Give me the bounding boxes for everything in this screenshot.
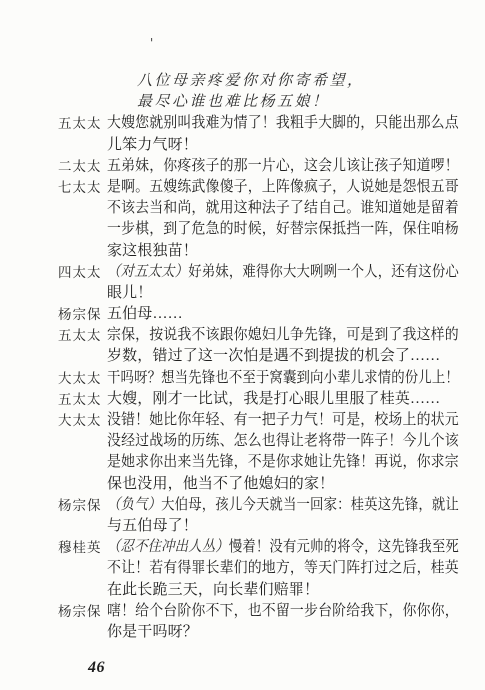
dialogue-line: （对五太太）好弟妹，难得你大大咧咧一个人，还有这份心 bbox=[107, 262, 421, 283]
dialogue: 大嫂您就别叫我难为情了！我粗手大脚的，只能出那么点儿笨力气呀！ bbox=[107, 113, 459, 155]
dialogue-line: 不让！若有得罪长辈们的地方，等天门阵打过之后，桂英 bbox=[107, 558, 434, 579]
speaker-name: 杨宗保 bbox=[58, 304, 107, 325]
dialogue-line: 五弟妹，你疼孩子的那一片心，这会儿该让孩子知道啰！ bbox=[107, 156, 434, 177]
dialogue-line: 保也没用，他当不了他媳妇的家！ bbox=[107, 474, 459, 495]
dialogue-line: 干吗呀？想当先锋也不至于窝囊到向小辈儿求情的份儿上！ bbox=[107, 368, 421, 389]
dialogue: 没错！她比你年轻、有一把子力气！可是，校场上的状元没经过战场的历练、怎么也得让老… bbox=[107, 410, 459, 495]
dialogue-line: 家这根独苗！ bbox=[107, 241, 459, 262]
dialogue-line: 没错！她比你年轻、有一把子力气！可是，校场上的状元 bbox=[107, 410, 434, 431]
speaker-name: 大太太 bbox=[58, 368, 107, 389]
dialogue-line: 五伯母…… bbox=[107, 304, 459, 325]
speaker-name: 五太太 bbox=[58, 113, 107, 134]
dialogue-line: 大嫂您就别叫我难为情了！我粗手大脚的，只能出那么点 bbox=[107, 113, 434, 134]
dialogue-line: 宗保，按说我不该跟你媳妇儿争先锋，可是到了我这样的 bbox=[107, 325, 434, 346]
dialogue-line: 没经过战场的历练、怎么也得让老将带一阵子！今儿个该 bbox=[107, 431, 434, 452]
dialogue-line: 是她求你出来当先锋，不是你求她让先锋！再说，你求宗 bbox=[107, 452, 434, 473]
speaker-name: 杨宗保 bbox=[58, 601, 107, 622]
dialogue: （忍不住冲出人丛）慢着！没有元帅的将令，这先锋我至死不让！若有得罪长辈们的地方，… bbox=[107, 537, 459, 601]
speaker-name: 七太太 bbox=[58, 177, 107, 198]
dialogue-line: 在此长跪三天，向长辈们赔罪！ bbox=[107, 580, 459, 601]
verse: 八位母亲疼爱你对你寄希望，最尽心谁也难比杨五娘！ bbox=[0, 71, 485, 113]
speech-block: 四太太（对五太太）好弟妹，难得你大大咧咧一个人，还有这份心眼儿！ bbox=[0, 262, 485, 304]
dialogue: 嗐！给个台阶你不下，也不留一步台阶给我下，你你你，你是干吗呀？ bbox=[107, 601, 459, 643]
stage-direction: （负气） bbox=[107, 497, 161, 513]
speech-list: 五太太大嫂您就别叫我难为情了！我粗手大脚的，只能出那么点儿笨力气呀！二太太五弟妹… bbox=[0, 113, 485, 643]
speech-block: 杨宗保五伯母…… bbox=[0, 304, 485, 325]
speech-block: 二太太五弟妹，你疼孩子的那一片心，这会儿该让孩子知道啰！ bbox=[0, 156, 485, 177]
dialogue-line: 眼儿！ bbox=[107, 283, 459, 304]
speaker-name: 大太太 bbox=[58, 410, 107, 431]
speaker-name: 杨宗保 bbox=[58, 495, 107, 516]
dialogue: 大嫂，刚才一比试，我是打心眼儿里服了桂英…… bbox=[107, 389, 459, 410]
speech-block: 大太太没错！她比你年轻、有一把子力气！可是，校场上的状元没经过战场的历练、怎么也… bbox=[0, 410, 485, 495]
dialogue-line: 与五伯母了！ bbox=[107, 516, 459, 537]
stray-mark: ' bbox=[150, 36, 153, 50]
dialogue-line: 嗐！给个台阶你不下，也不留一步台阶给我下，你你你， bbox=[107, 601, 434, 622]
speaker-name: 穆桂英 bbox=[58, 537, 107, 558]
dialogue: 宗保，按说我不该跟你媳妇儿争先锋，可是到了我这样的岁数，错过了这一次怕是遇不到提… bbox=[107, 325, 459, 367]
speaker-name: 五太太 bbox=[58, 389, 107, 410]
speech-block: 杨宗保（负气）大伯母，孩儿今天就当一回家：桂英这先锋，就让与五伯母了！ bbox=[0, 495, 485, 537]
speech-block: 五太太宗保，按说我不该跟你媳妇儿争先锋，可是到了我这样的岁数，错过了这一次怕是遇… bbox=[0, 325, 485, 367]
dialogue: （对五太太）好弟妹，难得你大大咧咧一个人，还有这份心眼儿！ bbox=[107, 262, 459, 304]
dialogue-line: （忍不住冲出人丛）慢着！没有元帅的将令，这先锋我至死 bbox=[107, 537, 421, 558]
speech-block: 大太太干吗呀？想当先锋也不至于窝囊到向小辈儿求情的份儿上！ bbox=[0, 368, 485, 389]
stage-direction: （对五太太） bbox=[107, 264, 188, 280]
speech-block: 穆桂英（忍不住冲出人丛）慢着！没有元帅的将令，这先锋我至死不让！若有得罪长辈们的… bbox=[0, 537, 485, 601]
dialogue-line: （负气）大伯母，孩儿今天就当一回家：桂英这先锋，就让 bbox=[107, 495, 421, 516]
book-page: ' 八位母亲疼爱你对你寄希望，最尽心谁也难比杨五娘！ 五太太大嫂您就别叫我难为情… bbox=[0, 0, 485, 690]
verse-line: 八位母亲疼爱你对你寄希望， bbox=[137, 71, 485, 92]
dialogue-line: 不该去当和尚，就用这种法子了结自己。谁知道她是留着 bbox=[107, 198, 434, 219]
dialogue: 五伯母…… bbox=[107, 304, 459, 325]
speaker-name: 四太太 bbox=[58, 262, 107, 283]
speech-block: 杨宗保嗐！给个台阶你不下，也不留一步台阶给我下，你你你，你是干吗呀？ bbox=[0, 601, 485, 643]
dialogue: 是啊。五嫂练武像傻子，上阵像疯子，人说她是怨恨五哥不该去当和尚，就用这种法子了结… bbox=[107, 177, 459, 262]
dialogue-line: 是啊。五嫂练武像傻子，上阵像疯子，人说她是怨恨五哥 bbox=[107, 177, 434, 198]
page-number: 46 bbox=[88, 659, 105, 676]
dialogue-line: 儿笨力气呀！ bbox=[107, 135, 459, 156]
stage-direction: （忍不住冲出人丛） bbox=[107, 539, 229, 555]
dialogue: 五弟妹，你疼孩子的那一片心，这会儿该让孩子知道啰！ bbox=[107, 156, 459, 177]
speaker-name: 五太太 bbox=[58, 325, 107, 346]
verse-line: 最尽心谁也难比杨五娘！ bbox=[137, 92, 485, 113]
dialogue-line: 一步棋，到了危急的时候，好替宗保抵挡一阵，保住咱杨 bbox=[107, 219, 434, 240]
dialogue: （负气）大伯母，孩儿今天就当一回家：桂英这先锋，就让与五伯母了！ bbox=[107, 495, 459, 537]
speaker-name: 二太太 bbox=[58, 156, 107, 177]
speech-block: 七太太是啊。五嫂练武像傻子，上阵像疯子，人说她是怨恨五哥不该去当和尚，就用这种法… bbox=[0, 177, 485, 262]
dialogue: 干吗呀？想当先锋也不至于窝囊到向小辈儿求情的份儿上！ bbox=[107, 368, 459, 389]
page-content: 八位母亲疼爱你对你寄希望，最尽心谁也难比杨五娘！ 五太太大嫂您就别叫我难为情了！… bbox=[0, 71, 485, 643]
speech-block: 五太太大嫂您就别叫我难为情了！我粗手大脚的，只能出那么点儿笨力气呀！ bbox=[0, 113, 485, 155]
dialogue-line: 你是干吗呀？ bbox=[107, 622, 459, 643]
dialogue-line: 大嫂，刚才一比试，我是打心眼儿里服了桂英…… bbox=[107, 389, 459, 410]
speech-block: 五太太大嫂，刚才一比试，我是打心眼儿里服了桂英…… bbox=[0, 389, 485, 410]
dialogue-line: 岁数，错过了这一次怕是遇不到提拔的机会了…… bbox=[107, 346, 459, 367]
